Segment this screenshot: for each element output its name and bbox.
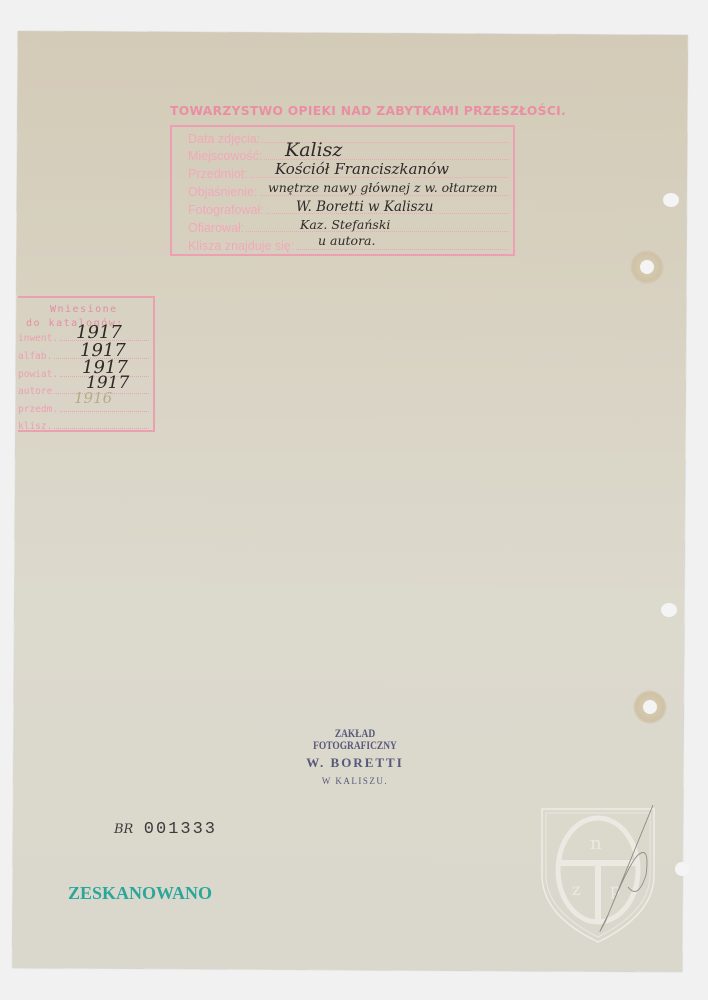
- handwritten-photographer: W. Boretti w Kaliszu: [296, 199, 433, 215]
- punch-hole: [675, 862, 689, 876]
- stamp-label: Objaśnienie:: [188, 185, 258, 199]
- stamp-label: Przedmiot:: [188, 167, 248, 181]
- inventory-digits: 001333: [144, 820, 217, 839]
- scanned-stamp: ZESKANOWANO: [68, 883, 212, 904]
- stamp-label: Ofiarował:: [188, 221, 244, 235]
- photographer-stamp-line3: W KALISZU.: [285, 776, 425, 786]
- handwritten-subject: Kościół Franciszkanów: [275, 160, 449, 178]
- photographer-stamp-line1: ZAKŁAD FOTOGRAFICZNY: [298, 728, 413, 752]
- torn-punch-hole: [630, 250, 664, 284]
- punch-hole: [663, 193, 679, 207]
- punch-hole: [661, 603, 677, 617]
- handwritten-location: Kalisz: [285, 139, 342, 161]
- society-stamp-title: TOWARZYSTWO OPIEKI NAD ZABYTKAMI PRZESZŁ…: [170, 104, 530, 118]
- svg-text:z: z: [572, 880, 580, 899]
- photographer-stamp: ZAKŁAD FOTOGRAFICZNY W. BORETTI W KALISZ…: [285, 728, 425, 786]
- inventory-number: BR 001333: [114, 820, 217, 839]
- stamp-label: Fotografował:: [188, 203, 264, 217]
- handwritten-negative: u autora.: [318, 233, 375, 248]
- svg-text:n: n: [590, 833, 602, 854]
- stamp-label: Data zdjęcia:: [188, 132, 260, 146]
- catalog-value-subject: 1916: [74, 389, 112, 407]
- stamp-row-date: Data zdjęcia:: [188, 129, 509, 146]
- photographer-stamp-line2: W. BORETTI: [285, 755, 425, 771]
- stamp-label: Miejscowość:: [188, 149, 262, 163]
- handwritten-description: wnętrze nawy głównej z w. ołtarzem: [268, 180, 498, 195]
- stamp-label: Klisza znajduje się:: [188, 239, 294, 253]
- catalog-row-negative: klisz.: [18, 418, 149, 432]
- torn-punch-hole: [633, 690, 667, 724]
- watermark-shield-icon: n z p: [538, 805, 658, 945]
- catalog-heading-1: Wniesione: [50, 304, 118, 315]
- inventory-prefix: BR: [114, 822, 133, 837]
- handwritten-donor: Kaz. Stefański: [300, 217, 390, 232]
